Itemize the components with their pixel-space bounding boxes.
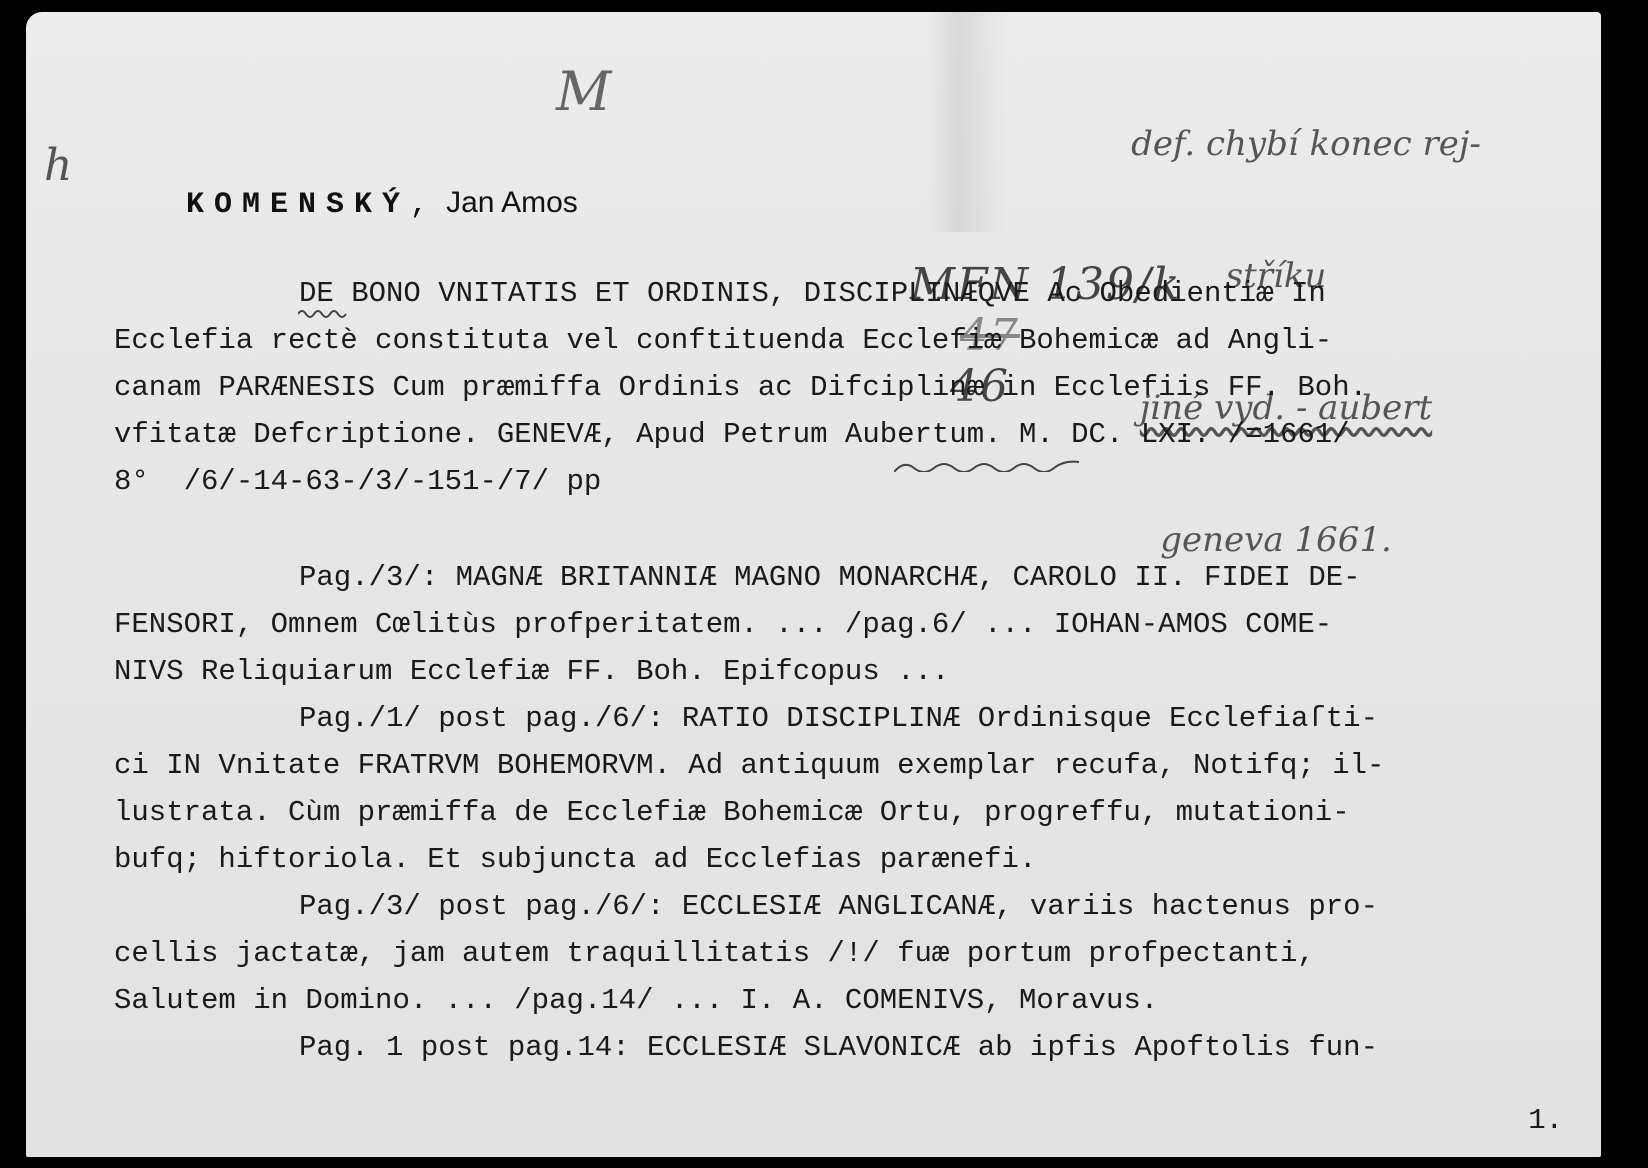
contents-line: bufq; hiftoriola. Et subjuncta ad Ecclef…: [114, 836, 1534, 883]
contents-section-1: Pag./3/: MAGNÆ BRITANNIÆ MAGNO MONARCHÆ,…: [114, 554, 1534, 695]
contents-line: Pag. 1 post pag.14: ECCLESIÆ SLAVONICÆ a…: [114, 1024, 1534, 1071]
author-given-names: Jan Amos: [446, 186, 578, 219]
catalog-card: h M KOMENSKÝ, Jan Amos def. chybí konec …: [26, 12, 1601, 1157]
note-line-1: def. chybí konec rej-: [1066, 122, 1546, 166]
collation-line: 8° /6/-14-63-/3/-151-/7/ pp: [114, 458, 1534, 505]
margin-handwritten-mark: h: [44, 140, 72, 191]
contents-line: NIVS Reliquiarum Ecclefiæ FF. Boh. Epifc…: [114, 648, 1534, 695]
contents-line: ci IN Vnitate FRATRVM BOHEMORVM. Ad anti…: [114, 742, 1534, 789]
author-surname: KOMENSKÝ: [186, 188, 410, 222]
contents-line: Salutem in Domino. ... /pag.14/ ... I. A…: [114, 977, 1534, 1024]
title-entry: DE BONO VNITATIS ET ORDINIS, DISCIPLINÆQ…: [114, 270, 1534, 505]
contents-line: FENSORI, Omnem Cœlitùs profperitatem. ..…: [114, 601, 1534, 648]
card-page-number: 1.: [1528, 1104, 1563, 1137]
heading-separator: ,: [410, 188, 428, 222]
contents-line: lustrata. Cùm præmiffa de Ecclefiæ Bohem…: [114, 789, 1534, 836]
contents-line: Pag./3/ post pag./6/: ECCLESIÆ ANGLICANÆ…: [114, 883, 1534, 930]
title-line: Ecclefia rectè constituta vel conftituen…: [114, 317, 1534, 364]
title-line: canam PARÆNESIS Cum præmiffa Ordinis ac …: [114, 364, 1534, 411]
contents-section-3: Pag./3/ post pag./6/: ECCLESIÆ ANGLICANÆ…: [114, 883, 1534, 1024]
underline-de-mark: [298, 308, 348, 322]
contents-section-2: Pag./1/ post pag./6/: RATIO DISCIPLINÆ O…: [114, 695, 1534, 883]
contents-line: cellis jactatæ, jam autem traquillitatis…: [114, 930, 1534, 977]
contents-section-4: Pag. 1 post pag.14: ECCLESIÆ SLAVONICÆ a…: [114, 1024, 1534, 1071]
contents-line: Pag./1/ post pag./6/: RATIO DISCIPLINÆ O…: [114, 695, 1534, 742]
contents-line: Pag./3/: MAGNÆ BRITANNIÆ MAGNO MONARCHÆ,…: [114, 554, 1534, 601]
author-heading: KOMENSKÝ, Jan Amos: [114, 152, 578, 256]
title-line: vfitatæ Defcriptione. GENEVÆ, Apud Petru…: [114, 411, 1534, 458]
top-handwritten-mark: M: [556, 60, 611, 123]
underline-aubertum-mark: [894, 460, 1084, 474]
